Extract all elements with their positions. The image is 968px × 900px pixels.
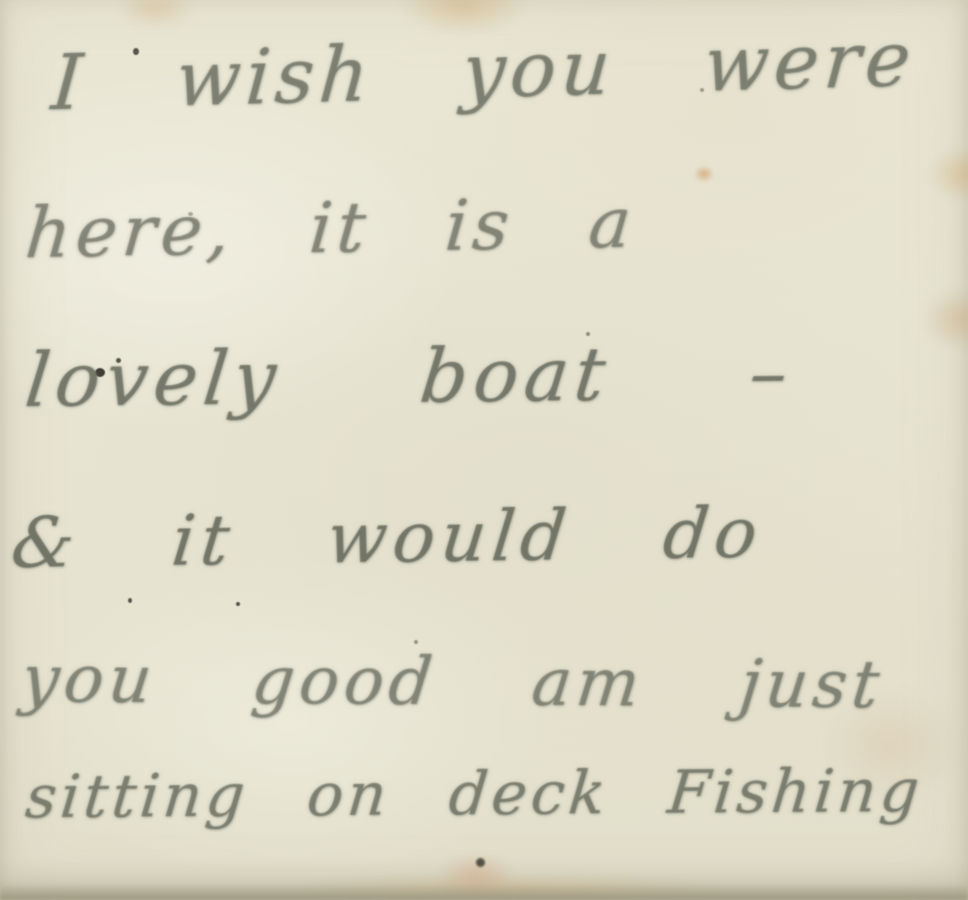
- ink-speck: [128, 598, 132, 603]
- stain-top-left: [116, 0, 196, 30]
- handwritten-line-1: I wish you were: [49, 14, 919, 127]
- stain-bottom-center: [436, 852, 516, 896]
- ink-speck: [236, 602, 240, 606]
- ink-speck: [476, 858, 485, 867]
- handwritten-line-2: here, it is a: [22, 181, 639, 274]
- handwritten-line-6: sitting on deck Fishing: [23, 756, 927, 832]
- stain-bottom-warm-band: [300, 876, 720, 900]
- handwritten-line-4: & it would do: [8, 491, 768, 584]
- handwritten-line-5: you good am just: [18, 640, 888, 723]
- stain-right-edge-lower: [920, 286, 968, 352]
- stain-dot-middle: [694, 166, 714, 182]
- paper-bottom-edge-shadow: [0, 884, 968, 900]
- stain-right-edge-upper: [928, 146, 968, 202]
- scanned-handwritten-note: I wish you were here, it is a lovely boa…: [0, 0, 968, 900]
- handwritten-line-3: lovely boat –: [21, 330, 798, 424]
